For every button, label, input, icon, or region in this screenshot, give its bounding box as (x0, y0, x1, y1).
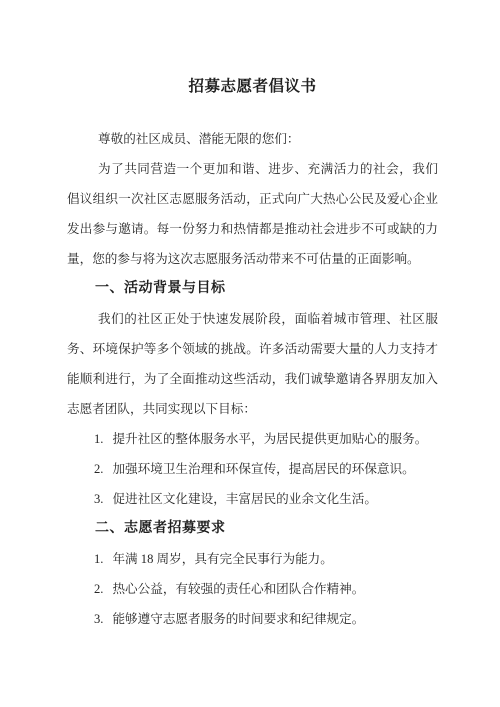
goal-list-item-3: 3.促进社区文化建设，丰富居民的业余文化生活。 (67, 484, 438, 514)
list-item-text: 加强环境卫生治理和环保宣传，提高居民的环保意识。 (112, 462, 414, 476)
list-number: 2. (94, 454, 103, 484)
requirement-list-item-3: 3.能够遵守志愿者服务的时间要求和纪律规定。 (67, 604, 438, 634)
list-number: 3. (94, 484, 103, 514)
list-number: 1. (94, 544, 103, 574)
list-number: 1. (94, 424, 103, 454)
requirement-list-item-2: 2.热心公益，有较强的责任心和团队合作精神。 (67, 574, 438, 604)
requirement-list-item-1: 1.年满 18 周岁，具有完全民事行为能力。 (67, 544, 438, 574)
list-number: 2. (94, 574, 103, 604)
salutation: 尊敬的社区成员、潜能无限的您们： (67, 124, 438, 154)
section-heading-background-goals: 一、活动背景与目标 (67, 274, 438, 304)
goal-list-item-1: 1.提升社区的整体服务水平，为居民提供更加贴心的服务。 (67, 424, 438, 454)
section-background-paragraph: 我们的社区正处于快速发展阶段，面临着城市管理、社区服务、环境保护等多个领域的挑战… (67, 304, 438, 424)
document-body: 招募志愿者倡议书 尊敬的社区成员、潜能无限的您们： 为了共同营造一个更加和谐、进… (67, 72, 438, 634)
intro-paragraph: 为了共同营造一个更加和谐、进步、充满活力的社会，我们倡议组织一次社区志愿服务活动… (67, 154, 438, 274)
goal-list-item-2: 2.加强环境卫生治理和环保宣传，提高居民的环保意识。 (67, 454, 438, 484)
document-page: 招募志愿者倡议书 尊敬的社区成员、潜能无限的您们： 为了共同营造一个更加和谐、进… (0, 0, 500, 707)
list-item-text: 提升社区的整体服务水平，为居民提供更加贴心的服务。 (112, 432, 427, 446)
list-item-text: 能够遵守志愿者服务的时间要求和纪律规定。 (112, 612, 364, 626)
list-number: 3. (94, 604, 103, 634)
list-item-text: 热心公益，有较强的责任心和团队合作精神。 (112, 582, 364, 596)
section-heading-recruitment-requirements: 二、志愿者招募要求 (67, 514, 438, 544)
list-item-text: 促进社区文化建设，丰富居民的业余文化生活。 (112, 492, 376, 506)
list-item-text: 年满 18 周岁，具有完全民事行为能力。 (112, 552, 332, 566)
document-title: 招募志愿者倡议书 (67, 72, 438, 102)
